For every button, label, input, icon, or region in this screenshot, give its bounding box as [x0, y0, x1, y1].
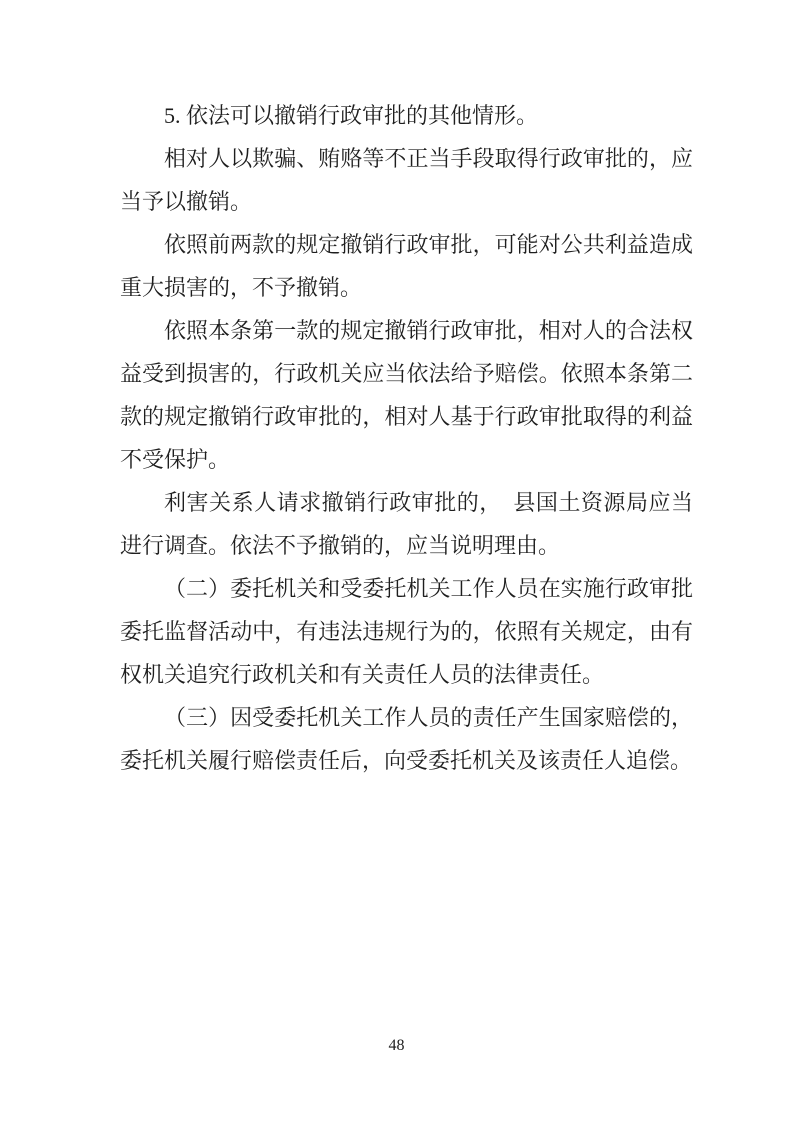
- document-body: 5. 依法可以撤销行政审批的其他情形。相对人以欺骗、贿赂等不正当手段取得行政审批…: [120, 94, 693, 782]
- paragraph: 依照前两款的规定撤销行政审批，可能对公共利益造成重大损害的，不予撤销。: [120, 223, 693, 309]
- paragraph: 依照本条第一款的规定撤销行政审批，相对人的合法权益受到损害的，行政机关应当依法给…: [120, 309, 693, 481]
- paragraph: 相对人以欺骗、贿赂等不正当手段取得行政审批的，应当予以撤销。: [120, 137, 693, 223]
- paragraph: 利害关系人请求撤销行政审批的， 县国土资源局应当进行调查。依法不予撤销的，应当说…: [120, 481, 693, 567]
- paragraph: （三）因受委托机关工作人员的责任产生国家赔偿的，委托机关履行赔偿责任后，向受委托…: [120, 696, 693, 782]
- paragraph: （二）委托机关和受委托机关工作人员在实施行政审批委托监督活动中，有违法违规行为的…: [120, 567, 693, 696]
- document-page: 5. 依法可以撤销行政审批的其他情形。相对人以欺骗、贿赂等不正当手段取得行政审批…: [0, 0, 793, 1122]
- page-number: 48: [0, 1036, 793, 1056]
- paragraph: 5. 依法可以撤销行政审批的其他情形。: [120, 94, 693, 137]
